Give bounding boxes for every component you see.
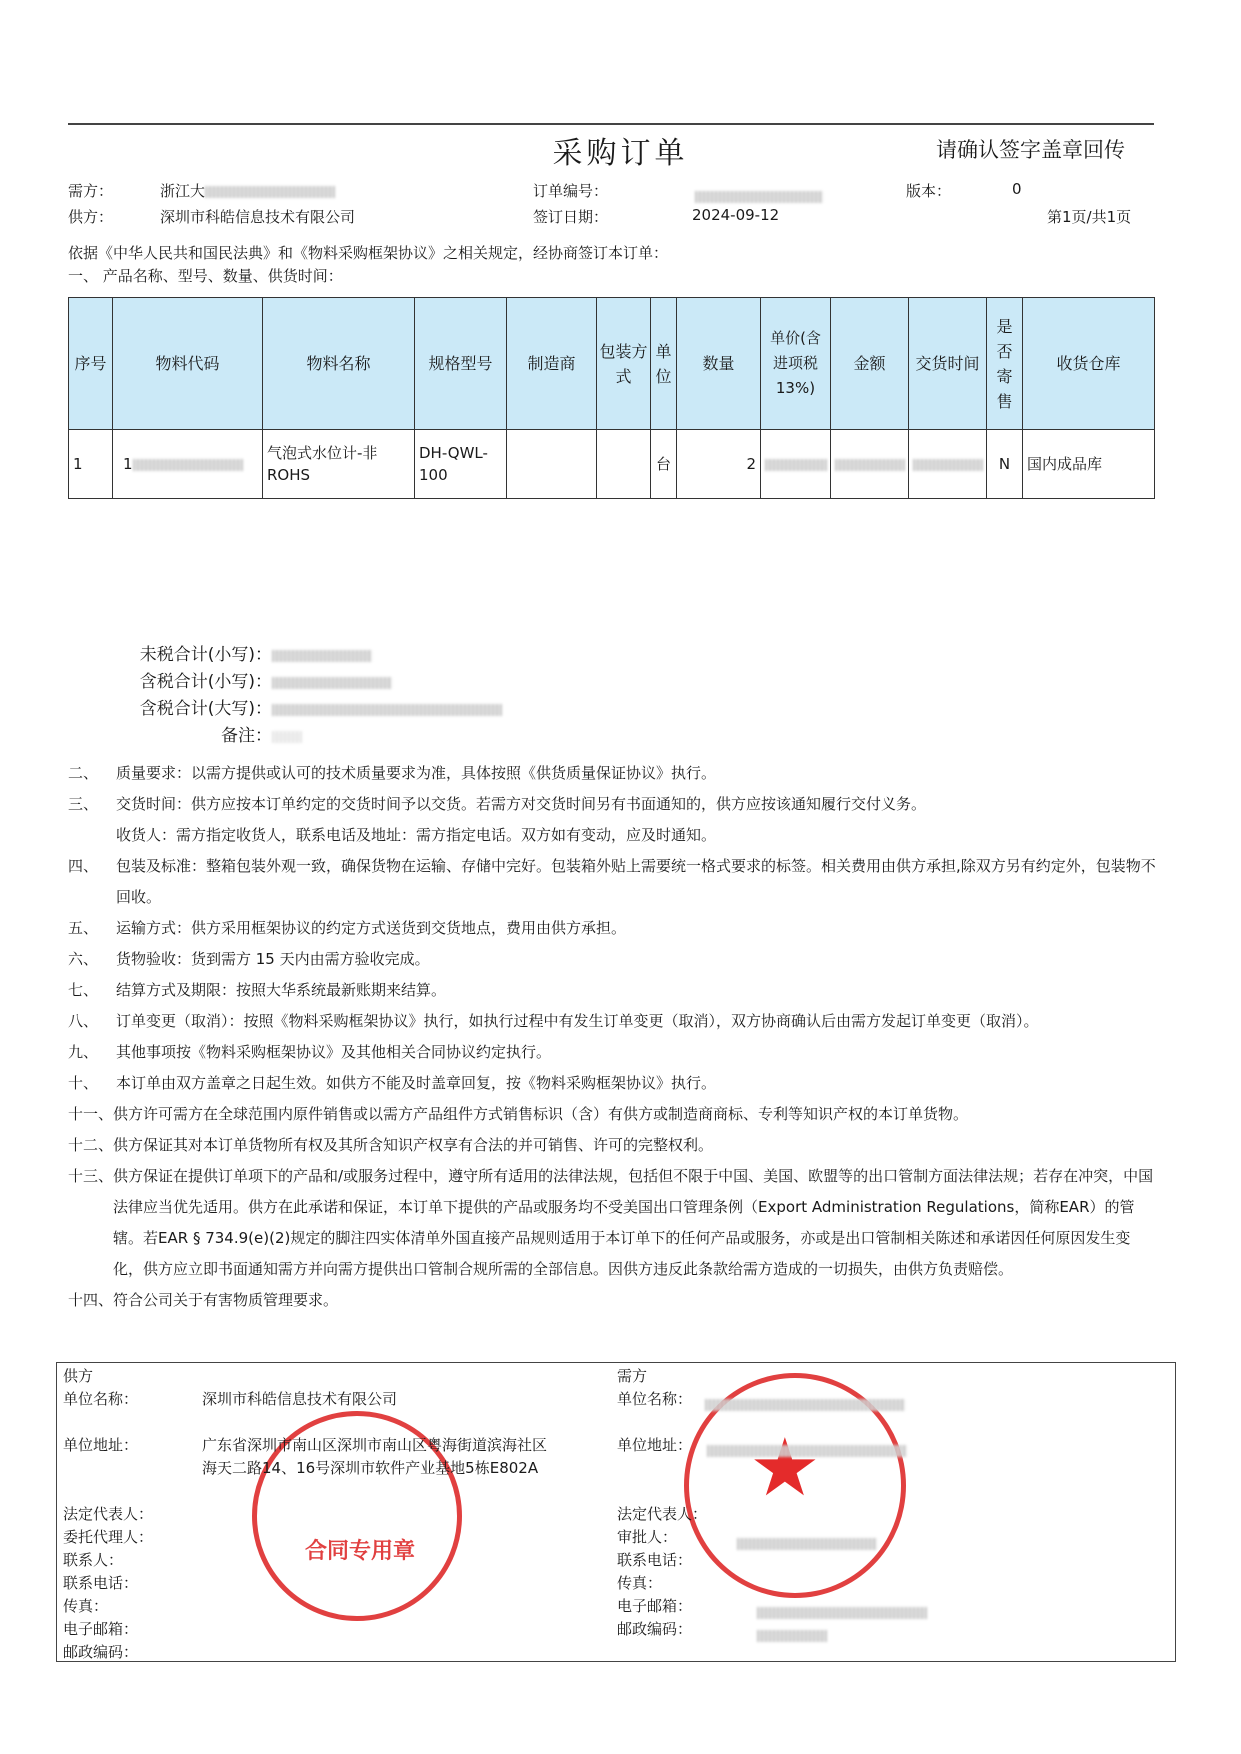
term-item: 十四、符合公司关于有害物质管理要求。 [68,1285,1158,1316]
term-text: 供方许可需方在全球范围内原件销售或以需方产品组件方式销售标识（含）有供方或制造商… [113,1099,968,1130]
buyer-label: 需方： [68,180,113,201]
term-item: 八、订单变更（取消）：按照《物料采购框架协议》执行，如执行过程中有发生订单变更（… [68,1006,1158,1037]
redacted-value [272,650,372,662]
cell-consignment: N [987,430,1023,499]
col-header-spec: 规格型号 [415,298,507,430]
totals-block: 未税合计(小写)： 含税合计(小写)： 含税合计(大写)： 备注： [100,642,502,750]
supplier-name-label: 单位名称： [63,1388,138,1411]
term-item: 七、结算方式及期限：按照大华系统最新账期来结算。 [68,975,1158,1006]
buyer-approver-value [737,1533,877,1552]
terms-list: 二、质量要求：以需方提供或认可的技术质量要求为准，具体按照《供货质量保证协议》执… [68,758,1158,1316]
order-no-value [695,186,823,205]
buyer-address-label: 单位地址： [617,1434,692,1457]
col-header-material-name: 物料名称 [263,298,415,430]
redacted-value [757,1607,927,1619]
version-value: 0 [1012,180,1022,198]
buyer-address-value [707,1440,907,1459]
term-number: 十四、 [68,1285,113,1316]
cell-delivery-time [909,430,987,499]
buyer-email-value [757,1602,927,1621]
term-item: 收货人：需方指定收货人，联系电话及地址：需方指定电话。双方如有变动，应及时通知。 [68,820,1158,851]
sign-date-label: 签订日期： [533,206,608,227]
col-header-consignment: 是否寄售 [987,298,1023,430]
buyer-heading: 需方 [617,1365,692,1388]
items-table: 序号 物料代码 物料名称 规格型号 制造商 包装方式 单位 数量 单价(含进项税… [68,297,1155,499]
col-header-amount: 金额 [831,298,909,430]
buyer-postcode-label: 邮政编码： [617,1618,707,1641]
intro-text: 依据《中华人民共和国民法典》和《物料采购框架协议》之相关规定，经协商签订本订单： [68,242,668,263]
remark-label: 备注： [100,723,272,750]
cell-unit-price [761,430,831,499]
term-text: 货物验收：货到需方 15 天内由需方验收完成。 [116,944,430,975]
cell-material-name: 气泡式水位计-非ROHS [263,430,415,499]
confirm-note: 请确认签字盖章回传 [936,134,1125,164]
buyer-phone-label: 联系电话： [617,1549,707,1572]
term-number: 十三、 [68,1161,113,1285]
redacted-value [272,677,392,689]
term-number: 三、 [68,789,116,820]
cell-manufacturer [507,430,597,499]
col-header-material-code: 物料代码 [113,298,263,430]
buyer-fax-label: 传真： [617,1572,707,1595]
supplier-address: 广东省深圳市南山区深圳市南山区粤海街道滨海社区海天二路14、16号深圳市软件产业… [202,1434,552,1480]
term-number: 十二、 [68,1130,113,1161]
page-info: 第1页/共1页 [1047,206,1131,227]
term-text: 符合公司关于有害物质管理要求。 [113,1285,338,1316]
sign-date: 2024-09-12 [692,206,779,224]
supplier-value: 深圳市科皓信息技术有限公司 [160,206,355,227]
redacted-value [133,459,243,471]
term-text: 运输方式：供方采用框架协议的约定方式送货到交货地点，费用由供方承担。 [116,913,626,944]
col-header-unit-price: 单价(含进项税13%) [761,298,831,430]
order-no-label: 订单编号： [533,180,608,201]
term-item: 十一、供方许可需方在全球范围内原件销售或以需方产品组件方式销售标识（含）有供方或… [68,1099,1158,1130]
redacted-value [757,1630,827,1642]
supplier-label: 供方： [68,206,113,227]
term-item: 六、货物验收：货到需方 15 天内由需方验收完成。 [68,944,1158,975]
col-header-delivery-time: 交货时间 [909,298,987,430]
supplier-block: 供方 单位名称： [63,1365,138,1411]
supplier-stamp-text: 合同专用章 [305,1534,415,1565]
supplier-address-label: 单位地址： [63,1434,138,1457]
cell-unit: 台 [651,430,677,499]
buyer-approver-label: 审批人： [617,1526,707,1549]
term-number: 六、 [68,944,116,975]
tax-incl-total-small-label: 含税合计(小写)： [100,669,272,696]
term-number: 五、 [68,913,116,944]
supplier-legal-rep-label: 法定代表人： [63,1503,153,1526]
col-header-index: 序号 [69,298,113,430]
cell-material-code: 1 [113,430,263,499]
redacted-value [205,186,335,198]
supplier-fields: 法定代表人： 委托代理人： 联系人： 联系电话： 传真： 电子邮箱： 邮政编码： [63,1503,153,1664]
redacted-value [765,459,827,471]
term-text: 供方保证在提供订单项下的产品和/或服务过程中，遵守所有适用的法律法规，包括但不限… [113,1161,1158,1285]
cell-spec: DH-QWL-100 [415,430,507,499]
supplier-agent-label: 委托代理人： [63,1526,153,1549]
redacted-value [913,459,983,471]
buyer-name-label: 单位名称： [617,1388,692,1411]
term-item: 二、质量要求：以需方提供或认可的技术质量要求为准，具体按照《供货质量保证协议》执… [68,758,1158,789]
term-text: 订单变更（取消）：按照《物料采购框架协议》执行，如执行过程中有发生订单变更（取消… [116,1006,1039,1037]
term-text: 质量要求：以需方提供或认可的技术质量要求为准，具体按照《供货质量保证协议》执行。 [116,758,716,789]
term-text: 其他事项按《物料采购框架协议》及其他相关合同协议约定执行。 [116,1037,551,1068]
version-label: 版本： [906,180,951,201]
table-header-row: 序号 物料代码 物料名称 规格型号 制造商 包装方式 单位 数量 单价(含进项税… [69,298,1155,430]
supplier-email-label: 电子邮箱： [63,1618,153,1641]
term-number: 四、 [68,851,116,913]
term-item: 三、交货时间：供方应按本订单约定的交货时间予以交货。若需方对交货时间另有书面通知… [68,789,1158,820]
term-item: 九、其他事项按《物料采购框架协议》及其他相关合同协议约定执行。 [68,1037,1158,1068]
term-item: 十、本订单由双方盖章之日起生效。如供方不能及时盖章回复，按《物料采购框架协议》执… [68,1068,1158,1099]
term-text: 本订单由双方盖章之日起生效。如供方不能及时盖章回复，按《物料采购框架协议》执行。 [116,1068,716,1099]
term-text: 供方保证其对本订单货物所有权及其所含知识产权享有合法的并可销售、许可的完整权利。 [113,1130,713,1161]
supplier-fax-label: 传真： [63,1595,153,1618]
buyer-fields: 法定代表人： 审批人： 联系电话： 传真： 电子邮箱： 邮政编码： [617,1503,707,1641]
term-number: 十、 [68,1068,116,1099]
term-item: 五、运输方式：供方采用框架协议的约定方式送货到交货地点，费用由供方承担。 [68,913,1158,944]
supplier-postcode-label: 邮政编码： [63,1641,153,1664]
term-text: 结算方式及期限：按照大华系统最新账期来结算。 [116,975,446,1006]
buyer-block: 需方 单位名称： [617,1365,692,1411]
redacted-value [272,704,502,716]
buyer-value: 浙江大 [160,180,335,201]
term-number: 十一、 [68,1099,113,1130]
cell-quantity: 2 [677,430,761,499]
col-header-manufacturer: 制造商 [507,298,597,430]
col-header-warehouse: 收货仓库 [1023,298,1155,430]
buyer-email-label: 电子邮箱： [617,1595,707,1618]
term-item: 十二、供方保证其对本订单货物所有权及其所含知识产权享有合法的并可销售、许可的完整… [68,1130,1158,1161]
redacted-value [737,1538,877,1550]
term-number: 二、 [68,758,116,789]
section-1-heading: 一、 产品名称、型号、数量、供货时间： [68,265,343,286]
col-header-packaging: 包装方式 [597,298,651,430]
term-text: 交货时间：供方应按本订单约定的交货时间予以交货。若需方对交货时间另有书面通知的，… [116,789,926,820]
tax-incl-total-big-label: 含税合计(大写)： [100,696,272,723]
pre-tax-total-label: 未税合计(小写)： [100,642,272,669]
supplier-phone-label: 联系电话： [63,1572,153,1595]
buyer-legal-rep-label: 法定代表人： [617,1503,707,1526]
cell-index: 1 [69,430,113,499]
term-number: 八、 [68,1006,116,1037]
supplier-name: 深圳市科皓信息技术有限公司 [202,1388,397,1411]
cell-packaging [597,430,651,499]
cell-warehouse: 国内成品库 [1023,430,1155,499]
term-number: 七、 [68,975,116,1006]
col-header-unit: 单位 [651,298,677,430]
term-text: 收货人：需方指定收货人，联系电话及地址：需方指定电话。双方如有变动，应及时通知。 [116,820,716,851]
term-number: 九、 [68,1037,116,1068]
redacted-value [695,191,823,203]
redacted-value [705,1399,905,1411]
cell-amount [831,430,909,499]
table-row: 1 1 气泡式水位计-非ROHS DH-QWL-100 台 2 N 国内成品库 [69,430,1155,499]
supplier-contact-label: 联系人： [63,1549,153,1572]
term-text: 包装及标准：整箱包装外观一致，确保货物在运输、存储中完好。包装箱外贴上需要统一格… [116,851,1158,913]
col-header-quantity: 数量 [677,298,761,430]
redacted-value [707,1445,907,1457]
term-item: 十三、供方保证在提供订单项下的产品和/或服务过程中，遵守所有适用的法律法规，包括… [68,1161,1158,1285]
signature-box: 合同专用章 ★ 供方 单位名称： 深圳市科皓信息技术有限公司 单位地址： 广东省… [56,1362,1176,1662]
buyer-postcode-value [757,1625,827,1644]
redacted-value [835,459,905,471]
term-item: 四、包装及标准：整箱包装外观一致，确保货物在运输、存储中完好。包装箱外贴上需要统… [68,851,1158,913]
buyer-name-value [705,1394,905,1413]
supplier-heading: 供方 [63,1365,138,1388]
top-rule [68,123,1154,125]
redacted-value [272,731,302,743]
